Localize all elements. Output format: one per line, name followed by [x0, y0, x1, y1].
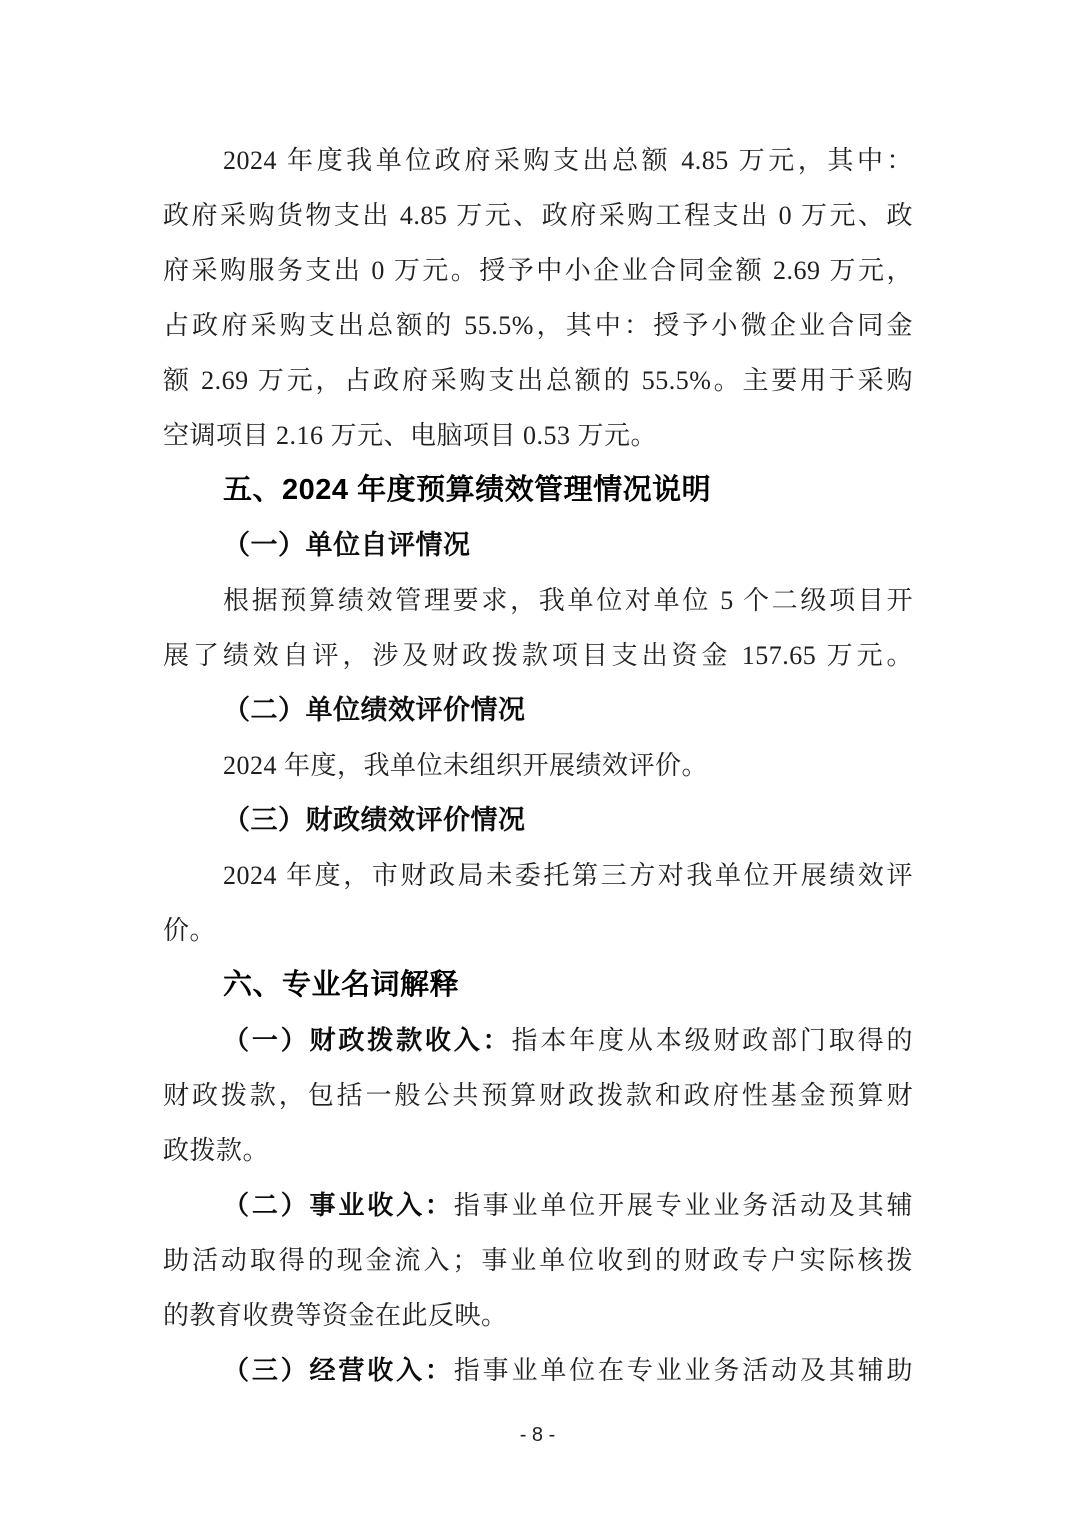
term-text: 指事业单位开展专业业务活动及其辅 — [454, 1191, 913, 1220]
subsection-heading: （三）财政绩效评价情况 — [163, 793, 913, 848]
paragraph-line: 府采购服务支出 0 万元。授予中小企业合同金额 2.69 万元， — [163, 243, 913, 298]
paragraph-line: 2024 年度，我单位未组织开展绩效评价。 — [163, 738, 913, 793]
paragraph-line: 占政府采购支出总额的 55.5%，其中：授予小微企业合同金 — [163, 298, 913, 353]
paragraph-line: 根据预算绩效管理要求，我单位对单位 5 个二级项目开 — [163, 573, 913, 628]
term-definition-line: （三）经营收入：指事业单位在专业业务活动及其辅助 — [163, 1343, 913, 1398]
paragraph-line: 价。 — [163, 903, 913, 958]
section-heading-5: 五、2024 年度预算绩效管理情况说明 — [163, 463, 913, 518]
paragraph-line: 展了绩效自评，涉及财政拨款项目支出资金 157.65 万元。 — [163, 628, 913, 683]
term-text: 指事业单位在专业业务活动及其辅助 — [454, 1356, 913, 1385]
subsection-heading: （一）单位自评情况 — [163, 518, 913, 573]
paragraph-line: 2024 年度，市财政局未委托第三方对我单位开展绩效评 — [163, 848, 913, 903]
paragraph-line: 空调项目 2.16 万元、电脑项目 0.53 万元。 — [163, 408, 913, 463]
term-definition-line: 财政拨款，包括一般公共预算财政拨款和政府性基金预算财 — [163, 1068, 913, 1123]
paragraph-line: 2024 年度我单位政府采购支出总额 4.85 万元，其中： — [163, 133, 913, 188]
term-label: （三）经营收入： — [223, 1356, 454, 1385]
subsection-heading: （二）单位绩效评价情况 — [163, 683, 913, 738]
paragraph-line: 额 2.69 万元，占政府采购支出总额的 55.5%。主要用于采购 — [163, 353, 913, 408]
term-text: 指本年度从本级财政部门取得的 — [511, 1026, 913, 1055]
term-label: （二）事业收入： — [223, 1191, 454, 1220]
term-definition-line: 政拨款。 — [163, 1123, 913, 1178]
term-definition-line: （二）事业收入：指事业单位开展专业业务活动及其辅 — [163, 1178, 913, 1233]
page-number: - 8 - — [0, 1424, 1075, 1447]
paragraph-line: 政府采购货物支出 4.85 万元、政府采购工程支出 0 万元、政 — [163, 188, 913, 243]
term-definition-line: 助活动取得的现金流入；事业单位收到的财政专户实际核拨 — [163, 1233, 913, 1288]
document-content: 2024 年度我单位政府采购支出总额 4.85 万元，其中： 政府采购货物支出 … — [163, 133, 913, 1398]
term-definition-line: 的教育收费等资金在此反映。 — [163, 1288, 913, 1343]
section-heading-6: 六、专业名词解释 — [163, 958, 913, 1013]
term-label: （一）财政拨款收入： — [223, 1026, 511, 1055]
term-definition-line: （一）财政拨款收入：指本年度从本级财政部门取得的 — [163, 1013, 913, 1068]
